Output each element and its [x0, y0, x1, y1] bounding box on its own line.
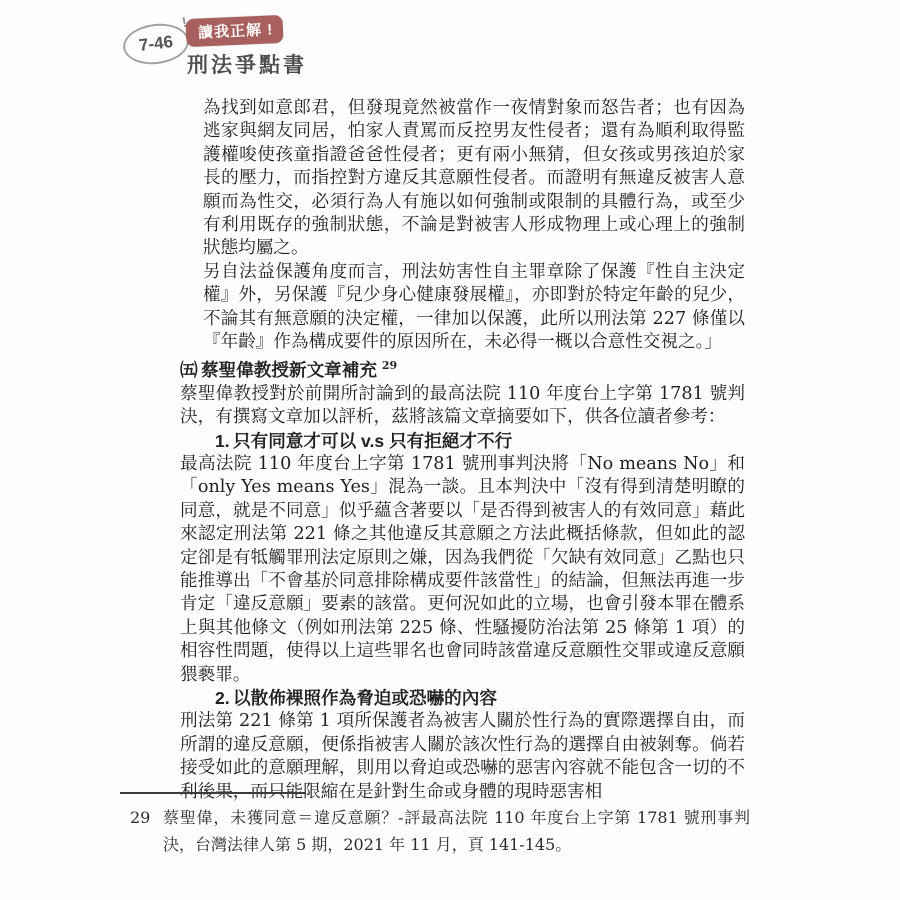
item-heading-1: 只有同意才可以 v.s 只有拒絕才不行 — [233, 430, 512, 453]
footnote: 29 蔡聖偉，未獲同意＝違反意願？-評最高法院 110 年度台上字第 1781 … — [130, 805, 750, 858]
page-number-oval: 7-46 — [121, 20, 191, 68]
series-badge-wrap: ! 讀我正解 ! — [186, 17, 283, 45]
series-badge: 讀我正解 ! — [185, 15, 283, 47]
intro-paragraph: 蔡聖偉教授對於前開所討論到的最高法院 110 年度台上字第 1781 號判決，有… — [180, 383, 745, 430]
section-marker: ㈤ — [180, 359, 201, 382]
page-header: 7-46 ! 讀我正解 ! 刑法爭點書 — [0, 0, 900, 90]
section-title-text: 蔡聖偉教授新文章補充 — [201, 360, 377, 380]
numbered-heading-2: 2. 以散佈裸照作為脅迫或恐嚇的內容 — [215, 687, 745, 710]
item-body-2: 刑法第 221 條第 1 項所保護者為被害人關於性行為的實際選擇自由，而所謂的違… — [180, 710, 745, 804]
main-text-column: 為找到如意郎君，但發現竟然被當作一夜情對象而怒告者；也有因為逃家與網友同居，怕家… — [180, 97, 745, 804]
item-body-1: 最高法院 110 年度台上字第 1781 號刑事判決將「No means No」… — [180, 453, 745, 687]
page-number: 7-46 — [138, 32, 174, 56]
footnote-reference: 29 — [382, 359, 397, 372]
footnote-number: 29 — [130, 805, 163, 832]
item-number-2: 2. — [215, 687, 229, 710]
book-title: 刑法爭點書 — [187, 49, 307, 79]
quoted-passage: 為找到如意郎君，但發現竟然被當作一夜情對象而怒告者；也有因為逃家與網友同居，怕家… — [203, 97, 745, 354]
numbered-heading-1: 1. 只有同意才可以 v.s 只有拒絕才不行 — [215, 430, 745, 453]
footnote-divider — [120, 792, 306, 794]
section-title: 蔡聖偉教授新文章補充 29 — [201, 354, 397, 382]
item-heading-2: 以散佈裸照作為脅迫或恐嚇的內容 — [233, 687, 497, 710]
footnote-text: 蔡聖偉，未獲同意＝違反意願？-評最高法院 110 年度台上字第 1781 號刑事… — [163, 805, 750, 858]
quote-paragraph-1: 為找到如意郎君，但發現竟然被當作一夜情對象而怒告者；也有因為逃家與網友同居，怕家… — [203, 97, 745, 261]
quote-paragraph-2: 另自法益保護角度而言，刑法妨害性自主罪章除了保護『性自主決定權』外，另保護『兒少… — [203, 261, 745, 355]
item-number-1: 1. — [215, 430, 229, 453]
footnote-area: 29 蔡聖偉，未獲同意＝違反意願？-評最高法院 110 年度台上字第 1781 … — [120, 792, 750, 858]
section-heading: ㈤ 蔡聖偉教授新文章補充 29 — [180, 354, 745, 382]
